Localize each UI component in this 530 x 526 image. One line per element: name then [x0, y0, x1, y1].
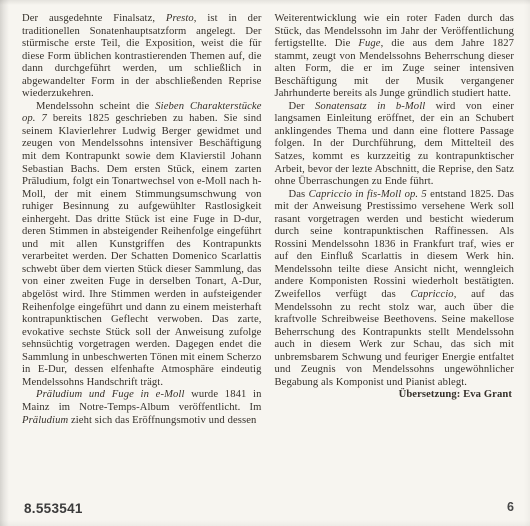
text-segment: Sonatensatz in b-Moll [315, 101, 425, 112]
text-segment: bereits 1825 geschrieben zu haben. Sie s… [22, 113, 262, 387]
text-segment: Presto [166, 13, 194, 24]
text-segment: Der [289, 101, 316, 112]
booklet-text-content: Der ausgedehnte Finalsatz, Presto, ist i… [22, 13, 514, 427]
right-text-column: Weiterentwicklung wie ein roter Faden du… [275, 13, 515, 427]
text-segment: Capriccio [410, 289, 453, 300]
page-number: 6 [507, 500, 514, 514]
paragraph: Mendelssohn scheint die Sieben Charakter… [22, 101, 262, 390]
paragraph: Der ausgedehnte Finalsatz, Presto, ist i… [22, 13, 262, 101]
paragraph: Der Sonatensatz in b-Moll wird von einer… [275, 101, 515, 189]
text-segment: Präludium [22, 415, 68, 426]
catalog-number: 8.553541 [24, 501, 83, 516]
booklet-scan-page: Der ausgedehnte Finalsatz, Presto, ist i… [0, 0, 530, 526]
text-segment: Der ausgedehnte Finalsatz, [22, 13, 166, 24]
text-segment: zieht sich das Eröffnungsmotiv und desse… [68, 415, 256, 426]
paragraph: Weiterentwicklung wie ein roter Faden du… [275, 13, 515, 101]
text-segment: entstand 1825. Das mit der Anweisung Pre… [275, 189, 515, 300]
text-segment: wird von einer langsamen Einleitung eröf… [275, 101, 515, 187]
paragraph: Präludium und Fuge in e-Moll wurde 1841 … [22, 389, 262, 427]
left-text-column: Der ausgedehnte Finalsatz, Presto, ist i… [22, 13, 262, 427]
text-segment: , auf das Mendelssohn zu recht stolz war… [275, 289, 515, 388]
paragraph: Das Capriccio in fis-Moll op. 5 entstand… [275, 189, 515, 390]
text-segment: Übersetzung: Eva Grant [399, 389, 512, 400]
text-segment: Mendelssohn scheint die [36, 101, 155, 112]
text-segment: Präludium und Fuge in e-Moll [36, 389, 185, 400]
text-segment: Capriccio in fis-Moll op. 5 [309, 189, 427, 200]
translation-credit: Übersetzung: Eva Grant [275, 389, 515, 402]
text-segment: , ist in der traditionellen Sonatenhaupt… [22, 13, 262, 99]
text-segment: Fuge [358, 38, 380, 49]
text-segment: Das [289, 189, 309, 200]
